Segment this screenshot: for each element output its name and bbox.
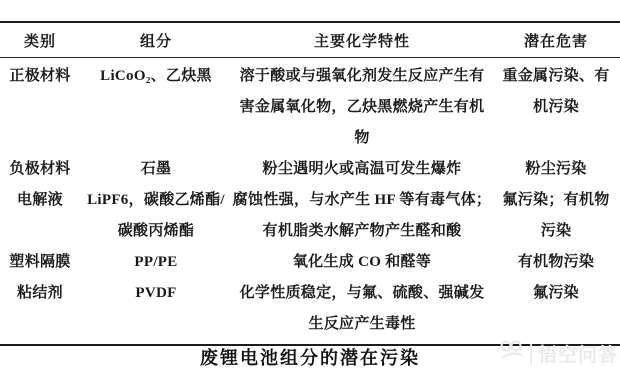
header-cell-characteristics: 主要化学特性 [232, 30, 492, 51]
cell-hazard: 粉尘污染 [492, 154, 620, 185]
cell-hazard: 有机物污染 [492, 247, 620, 278]
cell-category: 塑料隔膜 [0, 247, 80, 278]
table-row: 电解液 LiPF6，碳酸乙烯酯/碳酸丙烯酯 腐蚀性强，与水产生 HF 等有毒气体… [0, 185, 620, 247]
watermark: | 悟空问答 [499, 338, 618, 368]
table-row: 粘结剂 PVDF 化学性质稳定，与氟、硫酸、强碱发生反应产生毒性 氟污染 [0, 278, 620, 340]
watermark-divider: | [528, 342, 535, 364]
cell-characteristics: 腐蚀性强，与水产生 HF 等有毒气体；有机脂类水解产物产生醛和酸 [232, 185, 492, 247]
wukong-logo-icon [499, 338, 525, 368]
cell-category: 粘结剂 [0, 278, 80, 309]
header-cell-component: 组分 [80, 30, 232, 51]
header-cell-hazard: 潜在危害 [492, 30, 620, 51]
table-header-row: 类别 组分 主要化学特性 潜在危害 [0, 23, 620, 58]
cell-hazard: 氟污染 [492, 278, 620, 309]
header-cell-category: 类别 [0, 30, 80, 51]
cell-component: 石墨 [80, 154, 232, 185]
table-row: 塑料隔膜 PP/PE 氧化生成 CO 和醛等 有机物污染 [0, 247, 620, 278]
cell-characteristics: 化学性质稳定，与氟、硫酸、强碱发生反应产生毒性 [232, 278, 492, 340]
cell-characteristics: 氧化生成 CO 和醛等 [232, 247, 492, 278]
table-body: 正极材料 LiCoO₂、乙炔黑 溶于酸或与强氧化剂发生反应产生有害金属氧化物，乙… [0, 58, 620, 344]
cell-category: 电解液 [0, 185, 80, 216]
cell-category: 负极材料 [0, 154, 80, 185]
cell-hazard: 氟污染；有机物污染 [492, 185, 620, 247]
watermark-text: 悟空问答 [538, 340, 618, 367]
cell-component: PP/PE [80, 247, 232, 278]
cell-component: LiCoO₂、乙炔黑 [80, 61, 232, 92]
cell-characteristics: 粉尘遇明火或高温可发生爆炸 [232, 154, 492, 185]
pollution-table: 类别 组分 主要化学特性 潜在危害 正极材料 LiCoO₂、乙炔黑 溶于酸或与强… [0, 21, 620, 346]
page: 类别 组分 主要化学特性 潜在危害 正极材料 LiCoO₂、乙炔黑 溶于酸或与强… [0, 0, 620, 373]
cell-characteristics: 溶于酸或与强氧化剂发生反应产生有害金属氧化物，乙炔黑燃烧产生有机物 [232, 61, 492, 154]
cell-hazard: 重金属污染、有机污染 [492, 61, 620, 123]
cell-component: PVDF [80, 278, 232, 309]
cell-category: 正极材料 [0, 61, 80, 92]
cell-component: LiPF6，碳酸乙烯酯/碳酸丙烯酯 [80, 185, 232, 247]
table-row: 正极材料 LiCoO₂、乙炔黑 溶于酸或与强氧化剂发生反应产生有害金属氧化物，乙… [0, 61, 620, 154]
table-row: 负极材料 石墨 粉尘遇明火或高温可发生爆炸 粉尘污染 [0, 154, 620, 185]
